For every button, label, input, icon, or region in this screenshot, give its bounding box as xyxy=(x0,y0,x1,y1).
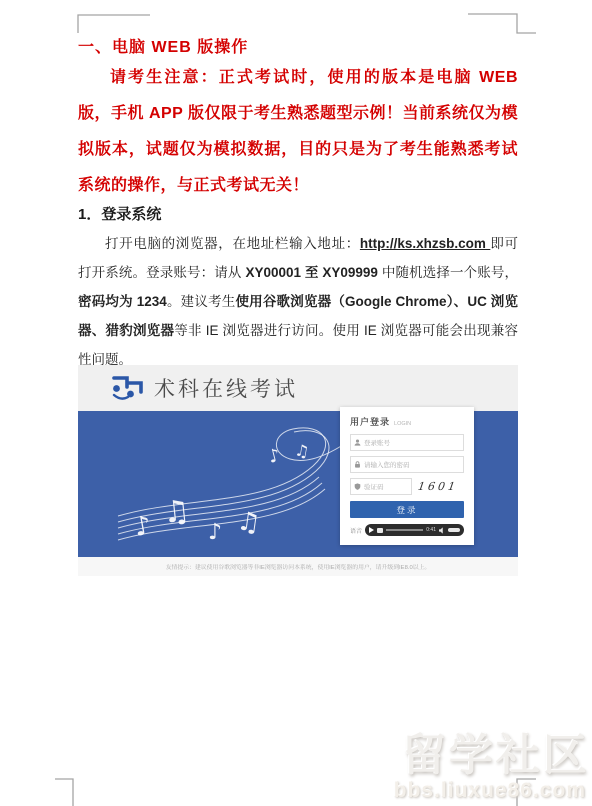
user-icon xyxy=(354,439,361,446)
login-panel-title-en: LOGIN xyxy=(394,421,411,427)
password-placeholder: 请输入您的密码 xyxy=(364,460,410,469)
login-panel-title: 用户登录 xyxy=(350,415,390,428)
account-placeholder: 登录账号 xyxy=(364,438,390,447)
notice-paragraph: 请考生注意：正式考试时，使用的版本是电脑 WEB 版，手机 APP 版仅限于考生… xyxy=(78,60,518,204)
account-field: 登录账号 xyxy=(350,434,464,451)
shield-icon xyxy=(354,483,361,490)
login-instructions-paragraph: 打开电脑的浏览器，在地址栏输入地址：http://ks.xhzsb.com 即可… xyxy=(78,229,518,374)
watermark-title: 留学社区 xyxy=(394,734,592,778)
music-notes-illustration: ♪ ♫ ♪ ♫ ♪ ♫ ♪ xyxy=(98,411,378,557)
login-page-screenshot-image: 术科在线考试 ♪ ♫ ♪ ♫ ♪ ♫ ♪ 用户登录 xyxy=(78,365,518,576)
play-icon xyxy=(369,527,374,533)
captcha-placeholder: 验证码 xyxy=(364,482,384,491)
watermark: 留学社区 bbs.liuxue86.com xyxy=(394,734,592,801)
user-login-panel: 用户登录 LOGIN 登录账号 请输入您的密码 验证码 1601 xyxy=(340,407,474,545)
audio-time: 0:41 xyxy=(426,527,436,533)
captcha-image: 1601 xyxy=(411,480,465,493)
login-button: 登录 xyxy=(350,501,464,518)
svg-text:♫: ♫ xyxy=(293,440,310,461)
captcha-field: 验证码 xyxy=(350,478,412,495)
brand-name: 术科在线考试 xyxy=(154,373,298,403)
audio-progress-knob xyxy=(377,528,383,533)
document-page: { "document": { "heading1": "一、电脑 WEB 版操… xyxy=(0,0,592,806)
svg-text:♪: ♪ xyxy=(266,445,282,468)
audio-player: 0:41 xyxy=(365,524,464,536)
screenshot-site-header: 术科在线考试 xyxy=(78,365,518,411)
svg-text:♪: ♪ xyxy=(208,520,222,545)
svg-text:♫: ♫ xyxy=(161,493,191,531)
volume-bar xyxy=(448,528,460,532)
volume-icon xyxy=(439,527,445,534)
watermark-site: bbs.liuxue86.com xyxy=(394,780,592,801)
lock-icon xyxy=(354,461,361,468)
svg-text:♫: ♫ xyxy=(235,506,262,539)
audio-progress-track xyxy=(386,529,423,531)
music-notes-logo-icon xyxy=(110,375,146,402)
voice-label: 语音 xyxy=(350,526,362,535)
subsection-heading-login-system: 1．登录系统 xyxy=(78,203,518,224)
screenshot-footer-note: 友情提示：建议使用谷歌浏览器等非IE浏览器访问本系统，使用IE浏览器的用户，请升… xyxy=(78,557,518,576)
section-heading-web-operation: 一、电脑 WEB 版操作 xyxy=(78,34,518,57)
password-field: 请输入您的密码 xyxy=(350,456,464,473)
